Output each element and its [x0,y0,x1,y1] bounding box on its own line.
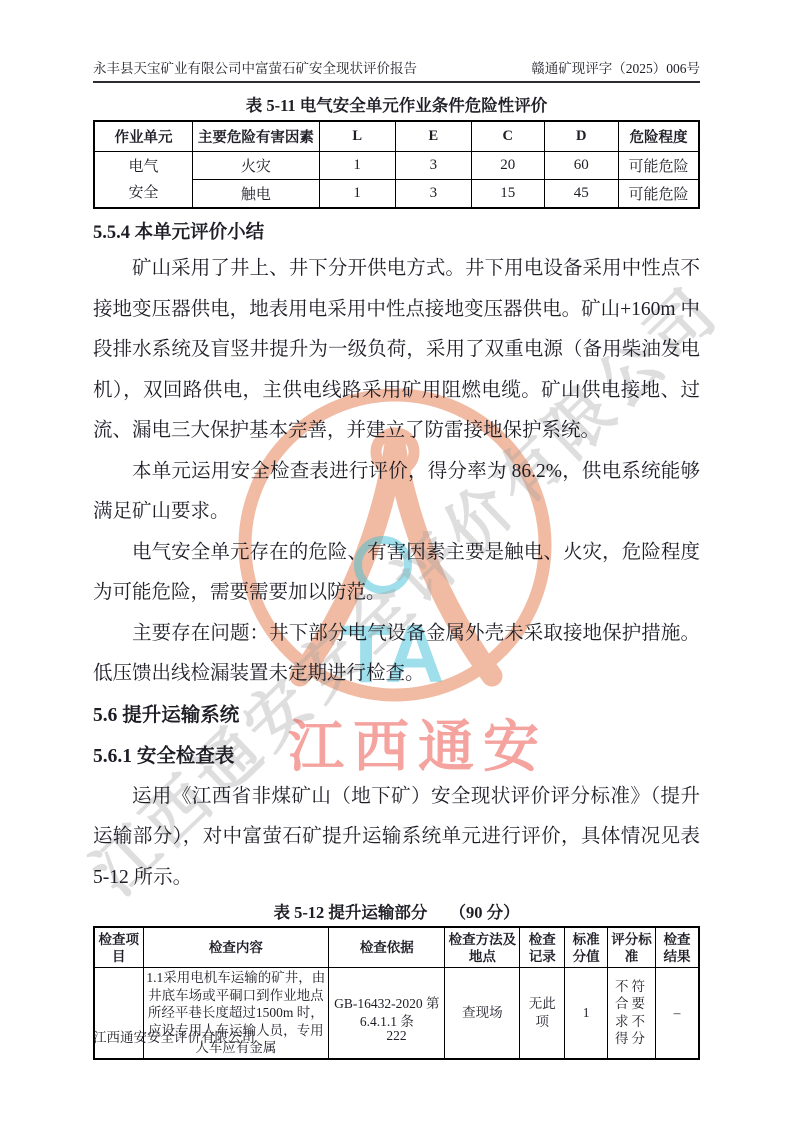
page-number: 222 [386,1028,406,1044]
heading-5-6: 5.6 提升运输系统 [93,695,700,736]
cell-d: 60 [544,152,618,180]
paragraph-hazards: 电气安全单元存在的危险、有害因素主要是触电、火灾，危险程度为可能危险，需要需要加… [93,533,700,614]
table-row: 检查项目 检查内容 检查依据 检查方法及地点 检查记录 标准分值 评分标准 检查… [94,927,699,968]
table-5-11: 作业单元 主要危险有害因素 L E C D 危险程度 电气 安全 火灾 1 3 … [93,120,700,209]
col-header-unit: 作业单元 [94,121,193,152]
heading-5-5-4: 5.5.4 本单元评价小结 [93,218,700,249]
table-row: 作业单元 主要危险有害因素 L E C D 危险程度 [94,121,699,152]
table-row: 电气 安全 火灾 1 3 20 60 可能危险 [94,152,699,180]
cell-e: 3 [395,180,471,209]
document-page: TA 江西通安安全评价有限公司 江西通安 永丰县天宝矿业有限公司中富萤石矿安全现… [0,0,793,1122]
cell-d: 45 [544,180,618,209]
cell-level: 可能危险 [618,180,699,209]
heading-5-6-1: 5.6.1 安全检查表 [93,736,700,777]
page-header: 永丰县天宝矿业有限公司中富萤石矿安全现状评价报告 赣通矿现评字（2025）006… [93,0,700,83]
col-header-criteria: 评分标准 [608,927,656,968]
footer-company: 江西通安安全评价有限公司 [93,1026,386,1046]
cell-unit: 电气 安全 [94,152,193,209]
paragraph-checklist-intro: 运用《江西省非煤矿山（地下矿）安全现状评价评分标准》（提升运输部分），对中富萤石… [93,777,700,899]
col-header-e: E [395,121,471,152]
col-header-content: 检查内容 [143,927,329,968]
col-header-basis: 检查依据 [329,927,445,968]
col-header-level: 危险程度 [618,121,699,152]
paragraph-supply-overview: 矿山采用了井上、井下分开供电方式。井下用电设备采用中性点不接地变压器供电，地表用… [93,249,700,452]
cell-factor: 火灾 [193,152,319,180]
table-5-12-title-label: 表 5-12 提升运输部分 [273,903,427,922]
cell-c: 15 [471,180,544,209]
col-header-result: 检查结果 [655,927,699,968]
paragraph-score-rate: 本单元运用安全检查表进行评价，得分率为 86.2%，供电系统能够满足矿山要求。 [93,452,700,533]
cell-l: 1 [319,180,395,209]
cell-level: 可能危险 [618,152,699,180]
col-header-score: 标准分值 [565,927,608,968]
page-footer: 江西通安安全评价有限公司 222 [93,1026,700,1046]
cell-factor: 触电 [193,180,319,209]
header-doc-number: 赣通矿现评字（2025）006号 [531,57,700,77]
cell-l: 1 [319,152,395,180]
col-header-factor: 主要危险有害因素 [193,121,319,152]
col-header-method: 检查方法及地点 [445,927,520,968]
col-header-l: L [319,121,395,152]
cell-e: 3 [395,152,471,180]
header-report-title: 永丰县天宝矿业有限公司中富萤石矿安全现状评价报告 [93,57,417,77]
col-header-d: D [544,121,618,152]
col-header-item: 检查项目 [94,927,143,968]
page-content: 永丰县天宝矿业有限公司中富萤石矿安全现状评价报告 赣通矿现评字（2025）006… [93,0,700,1060]
table-5-12-title-score: （90 分） [449,903,519,922]
table-5-12-title: 表 5-12 提升运输部分（90 分） [93,903,700,923]
col-header-record: 检查记录 [520,927,565,968]
cell-c: 20 [471,152,544,180]
paragraph-main-problems: 主要存在问题：井下部分电气设备金属外壳未采取接地保护措施。低压馈出线检漏装置未定… [93,614,700,695]
col-header-c: C [471,121,544,152]
table-5-11-title: 表 5-11 电气安全单元作业条件危险性评价 [93,96,700,116]
